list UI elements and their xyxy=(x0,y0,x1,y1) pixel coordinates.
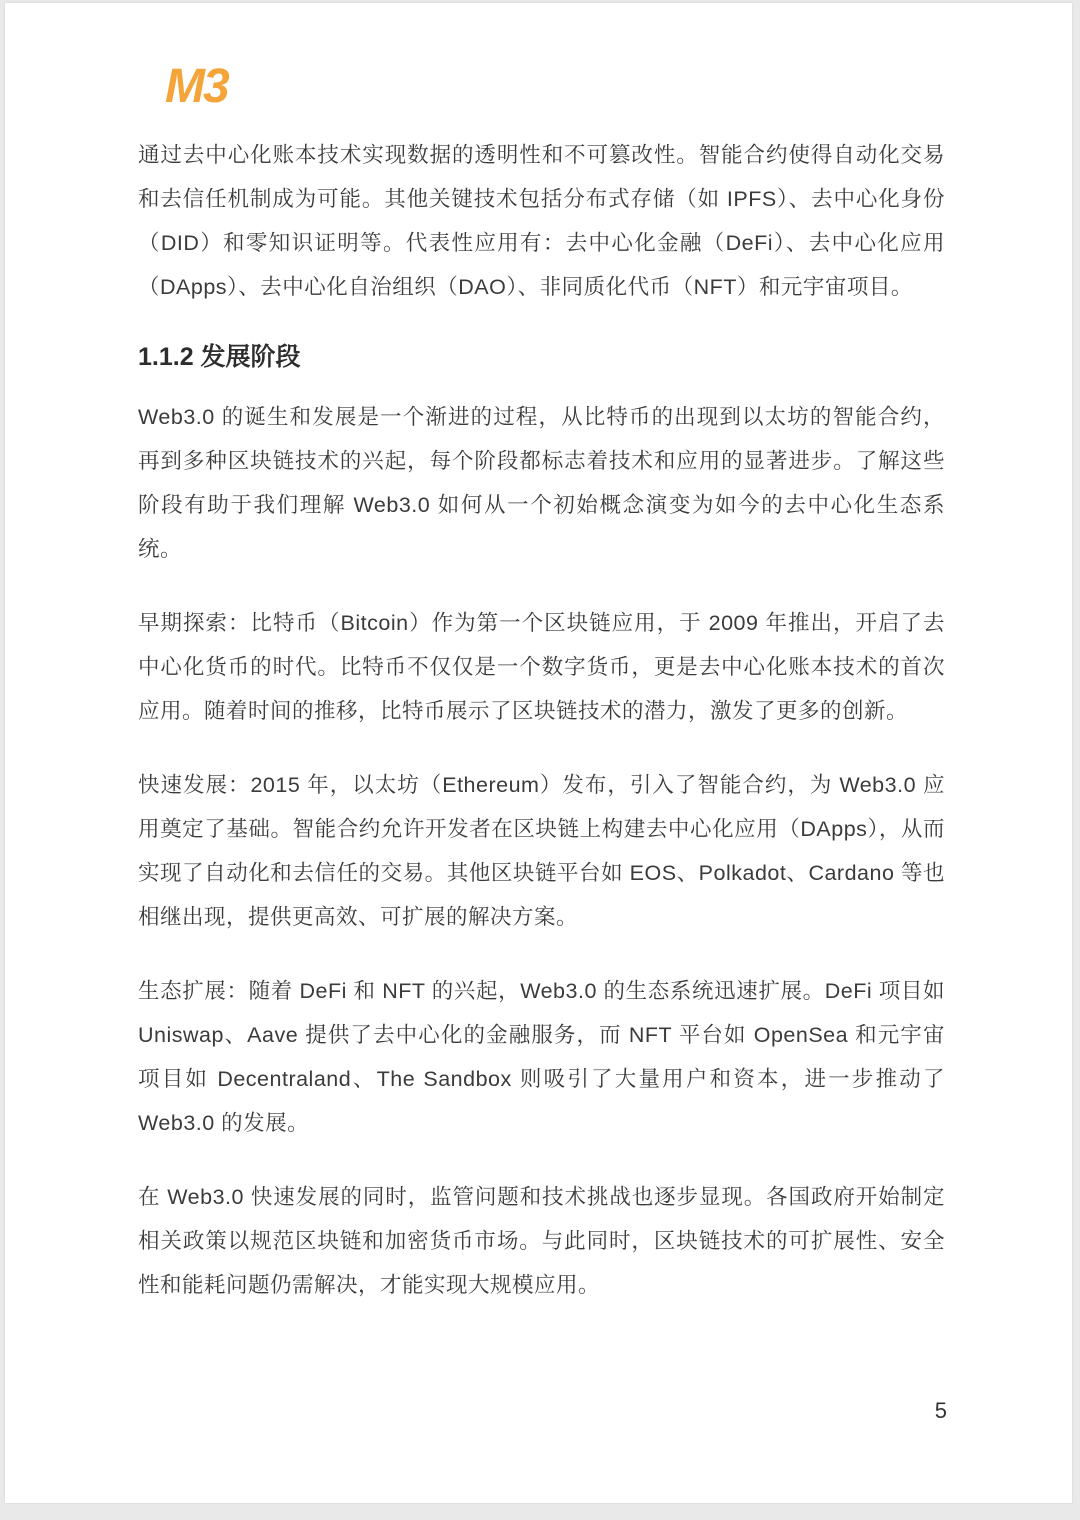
page-content: M3 通过去中心化账本技术实现数据的透明性和不可篡改性。智能合约使得自动化交易和… xyxy=(5,3,1072,1307)
paragraph-rapid-development: 快速发展：2015 年，以太坊（Ethereum）发布，引入了智能合约，为 We… xyxy=(138,763,945,939)
brand-logo: M3 xyxy=(165,65,945,109)
paragraph-early-exploration: 早期探索：比特币（Bitcoin）作为第一个区块链应用，于 2009 年推出，开… xyxy=(138,601,945,733)
section-heading: 1.1.2 发展阶段 xyxy=(138,339,945,375)
document-page: M3 通过去中心化账本技术实现数据的透明性和不可篡改性。智能合约使得自动化交易和… xyxy=(5,3,1072,1503)
intro-paragraph: 通过去中心化账本技术实现数据的透明性和不可篡改性。智能合约使得自动化交易和去信任… xyxy=(138,133,945,309)
paragraph-ecosystem-expansion: 生态扩展：随着 DeFi 和 NFT 的兴起，Web3.0 的生态系统迅速扩展。… xyxy=(138,969,945,1145)
page-number: 5 xyxy=(935,1397,947,1425)
paragraph-overview: Web3.0 的诞生和发展是一个渐进的过程，从比特币的出现到以太坊的智能合约，再… xyxy=(138,395,945,571)
paragraph-regulation-challenges: 在 Web3.0 快速发展的同时，监管问题和技术挑战也逐步显现。各国政府开始制定… xyxy=(138,1175,945,1307)
document-viewport: M3 通过去中心化账本技术实现数据的透明性和不可篡改性。智能合约使得自动化交易和… xyxy=(0,0,1080,1520)
